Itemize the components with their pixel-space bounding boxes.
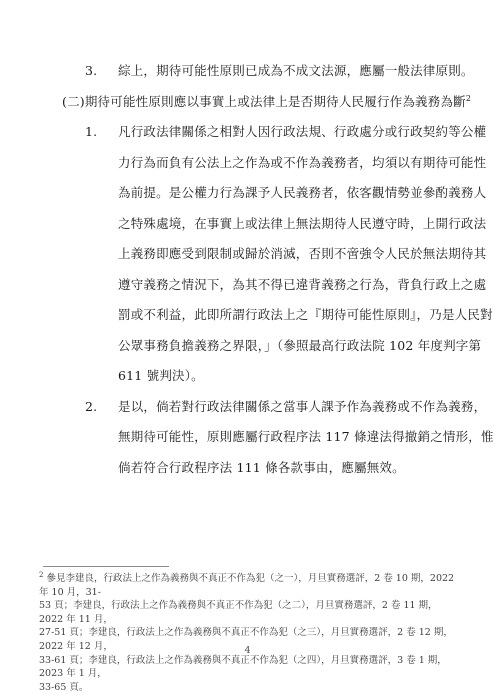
outline-item-3-marker: 3. [85,56,118,87]
page-number: 4 [0,645,495,656]
section-heading-text: 期待可能性原則應以事實上或法律上是否期待人民履行作為義務為斷 [85,94,466,109]
outline-item-3: 3.綜上，期待可能性原則已成為不成文法源，應屬一般法律原則。 [0,56,495,87]
document-body: 3.綜上，期待可能性原則已成為不成文法源，應屬一般法律原則。 (二)期待可能性原… [0,56,495,483]
outline-item-3-text: 綜上，期待可能性原則已成為不成文法源，應屬一般法律原則。 [118,63,474,78]
footnote-citation-text: 參見李建良，行政法上之作為義務與不真正不作為犯（之一），月旦實務選評，2 卷 1… [39,573,454,693]
outline-item-1-marker: 1. [85,117,97,148]
outline-item-2: 2. 是以，倘若對行政法律關係之當事人課予作為義務或不作為義務， 無期待可能性，… [0,392,495,484]
outline-item-2-marker: 2. [85,392,97,423]
footnote-reference-mark: 2 [466,93,471,102]
section-heading-prefix: (二) [62,94,85,109]
footnote-area: 2參見李建良，行政法上之作為義務與不真正不作為犯（之一），月旦實務選評，2 卷 … [39,566,459,694]
section-heading-2: (二)期待可能性原則應以事實上或法律上是否期待人民履行作為義務為斷2 [0,87,495,118]
outline-item-2-text: 是以，倘若對行政法律關係之當事人課予作為義務或不作為義務， 無期待可能性，原則應… [118,392,495,484]
outline-item-1-text: 凡行政法律關係之相對人因行政法規、行政處分或行政契約等公權 力行為而負有公法上之… [118,117,495,392]
outline-item-1: 1. 凡行政法律關係之相對人因行政法規、行政處分或行政契約等公權 力行為而負有公… [0,117,495,392]
footnote-text-block: 2參見李建良，行政法上之作為義務與不真正不作為犯（之一），月旦實務選評，2 卷 … [39,572,459,694]
footnote-separator-rule [43,566,169,567]
document-page: 3.綜上，期待可能性原則已成為不成文法源，應屬一般法律原則。 (二)期待可能性原… [0,0,495,700]
footnote-number: 2 [39,571,43,579]
